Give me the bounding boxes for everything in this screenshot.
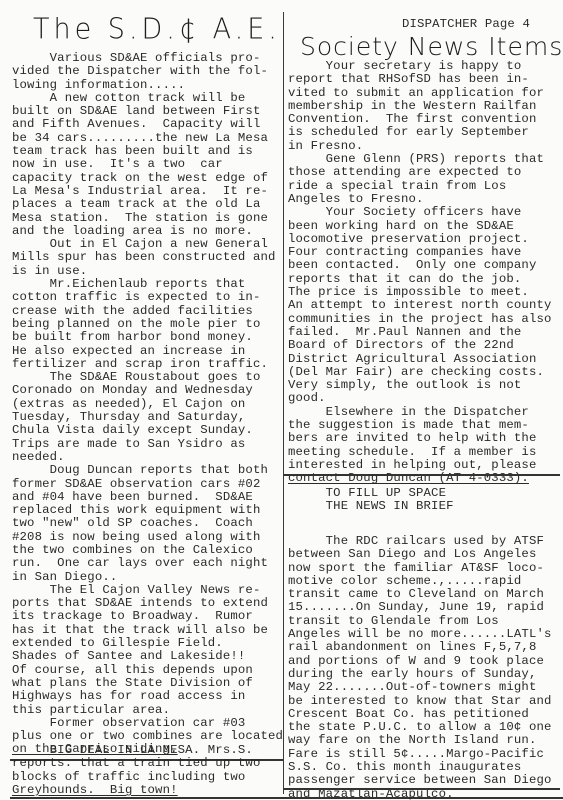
text-line: crease with the added facilities bbox=[12, 305, 280, 318]
text-line: passenger service between San Diego bbox=[288, 774, 563, 787]
text-line: Angeles will be no more......LATL's bbox=[288, 628, 563, 641]
text-line: locomotive preservation project. bbox=[288, 233, 563, 246]
text-line: motive color scheme.,.....rapid bbox=[288, 575, 563, 588]
text-line: in San Diego.. bbox=[12, 571, 280, 584]
text-line: way fare on the North Island run. bbox=[288, 734, 563, 747]
text-line: A new cotton track will be bbox=[12, 92, 280, 105]
text-line: been working hard on the SD&AE bbox=[288, 220, 563, 233]
text-line: BIG DEAL IN LA MESA. Mrs.S. bbox=[12, 744, 280, 757]
text-line: interested in helping out, please bbox=[288, 459, 563, 472]
text-line: Mr.Eichenlaub reports that bbox=[12, 278, 280, 291]
news-in-brief-heading: TO FILL UP SPACE THE NEWS IN BRIEF bbox=[288, 487, 563, 514]
text-line: ports that SD&AE intends to extend bbox=[12, 597, 280, 610]
text-line: Gene Glenn (PRS) reports that bbox=[288, 153, 563, 166]
text-line: Mills spur has been constructed and bbox=[12, 251, 280, 264]
text-line: been contacted. Only one company bbox=[288, 259, 563, 272]
text-line: Of course, all this depends upon bbox=[12, 664, 280, 677]
text-line: Former observation car #03 bbox=[12, 717, 280, 730]
text-line: now in use. It's a two car bbox=[12, 158, 280, 171]
text-line: capacity track on the west edge of bbox=[12, 172, 280, 185]
text-line: ride a special train from Los bbox=[288, 180, 563, 193]
text-line: during the early hours of Sunday, bbox=[288, 668, 563, 681]
text-line: former SD&AE observation cars #02 bbox=[12, 478, 280, 491]
text-line: May 22.......Out-of-towners might bbox=[288, 681, 563, 694]
text-line: reports that it can do the job. bbox=[288, 273, 563, 286]
text-line: blocks of traffic including two bbox=[12, 771, 280, 784]
text-line: Coronado on Monday and Wednesday bbox=[12, 384, 280, 397]
sdae-section-title: The S.D.¢ A.E. bbox=[33, 13, 281, 46]
text-line: has it that the track will also be bbox=[12, 624, 280, 637]
text-line: is in use. bbox=[12, 265, 280, 278]
text-line: An attempt to interest north county bbox=[288, 299, 563, 312]
text-line: and portions of W and 9 took place bbox=[288, 655, 563, 668]
text-line: two "new" old SP coaches. Coach bbox=[12, 517, 280, 530]
text-line: Crescent Boat Co. has petitioned bbox=[288, 708, 563, 721]
text-line: be interested to know that Star and bbox=[288, 695, 563, 708]
text-line: what plans the State Division of bbox=[12, 677, 280, 690]
text-line: rail abandonment on lines F,5,7,8 bbox=[288, 641, 563, 654]
text-line: La Mesa's Industrial area. It re- bbox=[12, 185, 280, 198]
text-line: Tuesday, Thursday and Saturday, bbox=[12, 411, 280, 424]
text-line: vited to submit an application for bbox=[288, 87, 563, 100]
text-line: those attending are expected to bbox=[288, 166, 563, 179]
running-head: DISPATCHER Page 4 bbox=[402, 18, 530, 31]
text-line: cotton traffic is expected to in- bbox=[12, 291, 280, 304]
text-line: Out in El Cajon a new General bbox=[12, 238, 280, 251]
brief-end-rule bbox=[284, 788, 560, 790]
text-line: Chula Vista daily except Sunday. bbox=[12, 424, 280, 437]
text-line: Trips are made to San Ysidro as bbox=[12, 438, 280, 451]
text-line: being planned on the mole pier to bbox=[12, 318, 280, 331]
text-line: and #04 have been burned. SD&AE bbox=[12, 491, 280, 504]
text-line: Highways has for road access in bbox=[12, 690, 280, 703]
text-line: The price is impossible to meet. bbox=[288, 286, 563, 299]
text-line: The SD&AE Roustabout goes to bbox=[12, 371, 280, 384]
text-line: extended to Gillespie Field. bbox=[12, 637, 280, 650]
text-line: #208 is now being used along with bbox=[12, 531, 280, 544]
society-news-article: Your secretary is happy toreport that RH… bbox=[288, 60, 563, 486]
text-line: The RDC railcars used by ATSF bbox=[288, 535, 563, 548]
text-line: between San Diego and Los Angeles bbox=[288, 548, 563, 561]
text-line: Your secretary is happy to bbox=[288, 60, 563, 73]
text-line: places a team track at the old La bbox=[12, 198, 280, 211]
text-line: Elsewhere in the Dispatcher bbox=[288, 406, 563, 419]
text-line: membership in the Western Railfan bbox=[288, 100, 563, 113]
text-line: TO FILL UP SPACE bbox=[288, 487, 563, 500]
text-line: is scheduled for early September bbox=[288, 126, 563, 139]
text-line: (Del Mar Fair) are checking costs. bbox=[288, 366, 563, 379]
text-line: bers are invited to help with the bbox=[288, 432, 563, 445]
column-divider bbox=[283, 12, 284, 794]
text-line: transit to Glendale from Los bbox=[288, 615, 563, 628]
text-line: He also expected an increase in bbox=[12, 345, 280, 358]
text-line: Convention. The first convention bbox=[288, 113, 563, 126]
text-line: Board of Directors of the 22nd bbox=[288, 339, 563, 352]
text-line: good. bbox=[288, 392, 563, 405]
text-line: transit came to Cleveland on March bbox=[288, 588, 563, 601]
text-line: be 34 cars.........the new La Mesa bbox=[12, 132, 280, 145]
text-line: Mesa station. The station is gone bbox=[12, 212, 280, 225]
text-line: fertilizer and scrap iron traffic. bbox=[12, 358, 280, 371]
text-line: its trackage to Broadway. Rumor bbox=[12, 610, 280, 623]
text-line: 15.......On Sunday, June 19, rapid bbox=[288, 601, 563, 614]
text-line: District Agricultural Association bbox=[288, 353, 563, 366]
text-line: the suggestion is made that mem- bbox=[288, 419, 563, 432]
text-line: the two combines on the Calexico bbox=[12, 544, 280, 557]
text-line: report that RHSofSD has been in- bbox=[288, 73, 563, 86]
text-line: Doug Duncan reports that both bbox=[12, 464, 280, 477]
text-line: THE NEWS IN BRIEF bbox=[288, 500, 563, 513]
text-line: in Fresno. bbox=[288, 140, 563, 153]
society-news-title: Society News Items bbox=[300, 32, 563, 61]
text-line: Angeles to Fresno. bbox=[288, 193, 563, 206]
text-line: vided the Dispatcher with the fol- bbox=[12, 65, 280, 78]
text-line: built on SD&AE land between First bbox=[12, 105, 280, 118]
section-rule bbox=[284, 474, 560, 476]
text-line: S.S. Co. this month inaugurates bbox=[288, 761, 563, 774]
text-line: meeting schedule. If a member is bbox=[288, 446, 563, 459]
text-line: Greyhounds. Big town! bbox=[12, 784, 280, 797]
text-line: now sport the familiar AT&SF loco- bbox=[288, 562, 563, 575]
text-line: Shades of Santee and Lakeside!! bbox=[12, 650, 280, 663]
news-in-brief: The RDC railcars used by ATSFbetween San… bbox=[288, 535, 563, 800]
sdae-article: Various SD&AE officials pro-vided the Di… bbox=[12, 52, 280, 757]
text-line: this particular area. bbox=[12, 704, 280, 717]
text-line: plus one or two combines are located bbox=[12, 730, 280, 743]
text-line: (extras as needed), El Cajon on bbox=[12, 398, 280, 411]
text-line: and Fifth Avenues. Capacity will bbox=[12, 118, 280, 131]
text-line: be built from harbor bond money. bbox=[12, 331, 280, 344]
text-line: run. One car lays over each night bbox=[12, 557, 280, 570]
text-line: lowing information..... bbox=[12, 79, 280, 92]
text-line: communities in the project has also bbox=[288, 313, 563, 326]
text-line: needed. bbox=[12, 451, 280, 464]
text-line: failed. Mr.Paul Nannen and the bbox=[288, 326, 563, 339]
text-line: Four contracting companies have bbox=[288, 246, 563, 259]
text-line: reports. that a train tied up two bbox=[12, 757, 280, 770]
text-line: Your Society officers have bbox=[288, 206, 563, 219]
text-line: replaced this work equipment with bbox=[12, 504, 280, 517]
text-line: The El Cajon Valley News re- bbox=[12, 584, 280, 597]
text-line: Very simply, the outlook is not bbox=[288, 379, 563, 392]
text-line: Various SD&AE officials pro- bbox=[12, 52, 280, 65]
text-line: and the loading area is no more. bbox=[12, 225, 280, 238]
text-line: the state P.U.C. to allow a 10¢ one bbox=[288, 721, 563, 734]
newsletter-page: The S.D.¢ A.E. DISPATCHER Page 4 Society… bbox=[0, 0, 563, 800]
text-line: Fare is still 5¢.....Margo-Pacific bbox=[288, 748, 563, 761]
big-deal-item: BIG DEAL IN LA MESA. Mrs.S.reports. that… bbox=[12, 744, 280, 797]
text-line: team track has been built and is bbox=[12, 145, 280, 158]
